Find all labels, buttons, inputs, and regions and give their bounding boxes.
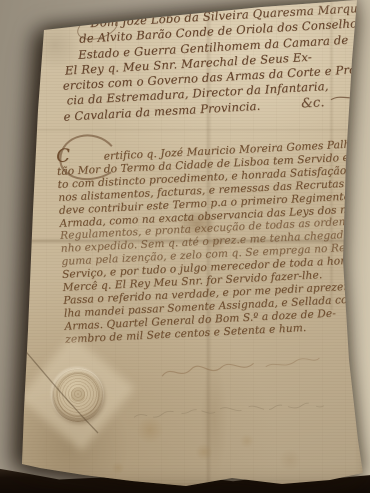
paper-shadow-wrap: Dom Jozé Lobo da Silveira Quaresma Marqu…	[0, 0, 370, 493]
et-cetera-flourish: &c.	[301, 89, 370, 112]
heading-block: Dom Jozé Lobo da Silveira Quaresma Marqu…	[56, 0, 370, 125]
et-cetera-text: &c.	[301, 95, 325, 111]
initial-c-flourish-icon	[51, 130, 120, 191]
manuscript-photo: Dom Jozé Lobo da Silveira Quaresma Marqu…	[0, 0, 370, 493]
body-block: C ertifico q. Jozé Mauricio Moreira Gome…	[56, 132, 370, 347]
crease-over-seal	[6, 330, 116, 449]
manuscript-paper: Dom Jozé Lobo da Silveira Quaresma Marqu…	[0, 0, 370, 493]
swash-dash-icon	[328, 89, 370, 104]
